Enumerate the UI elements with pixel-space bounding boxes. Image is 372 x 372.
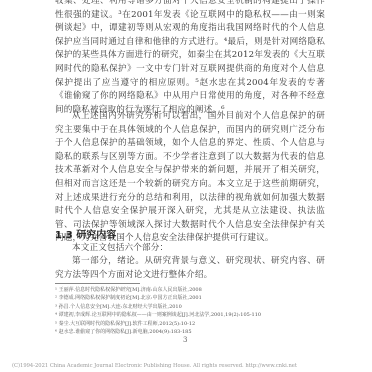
section-heading: 1.3 研究内容 [55, 226, 116, 241]
footnote-1: ¹ 王丽萍.信息时代隐私权保护研究[M].济南:山东人民出版社,2008 [55, 286, 335, 294]
body-paragraph-3: 本文正文包括六个部分： [55, 242, 325, 256]
body-paragraph-1: 收集、处理、利用等诸多方面对个人信息安全机制的构建提出了操作性很强的建议。³在2… [55, 0, 325, 117]
footnote-3: ³ 孙昌.个人信息安全[M].大连:东北财经大学出版社,2010 [55, 303, 335, 311]
page-number: 3 [183, 336, 187, 344]
document-page: 收集、处理、利用等诸多方面对个人信息安全机制的构建提出了操作性很强的建议。³在2… [0, 0, 372, 372]
footnote-2: ² 李德成.网络隐私权保护制度初论[M].北京:中国方正出版社,2001 [55, 294, 335, 302]
copyright-notice: (C)1994-2021 China Academic Journal Elec… [12, 363, 297, 369]
footnote-4: ⁴ 谭建初,李成辉.论互联网中的隐私权——由一则案例谈起[J].河北法学,200… [55, 311, 335, 319]
footnote-5: ⁵ 秦尘.大互联网时代的隐私保护[J].软件工程师,2012(5):10-12 [55, 320, 335, 328]
footnote-6: ⁶ 赵水忠.谁偷窥了你的网络隐私[J].新电脑,2004(9):183-185 [55, 328, 335, 336]
footnotes: ¹ 王丽萍.信息时代隐私权保护研究[M].济南:山东人民出版社,2008 ² 李… [55, 286, 335, 336]
body-paragraph-4: 第一部分，绪论。从研究背景与意义、研究现状、研究内容、研究方法等四个方面对论文进… [55, 255, 325, 282]
footnote-divider [55, 283, 140, 284]
